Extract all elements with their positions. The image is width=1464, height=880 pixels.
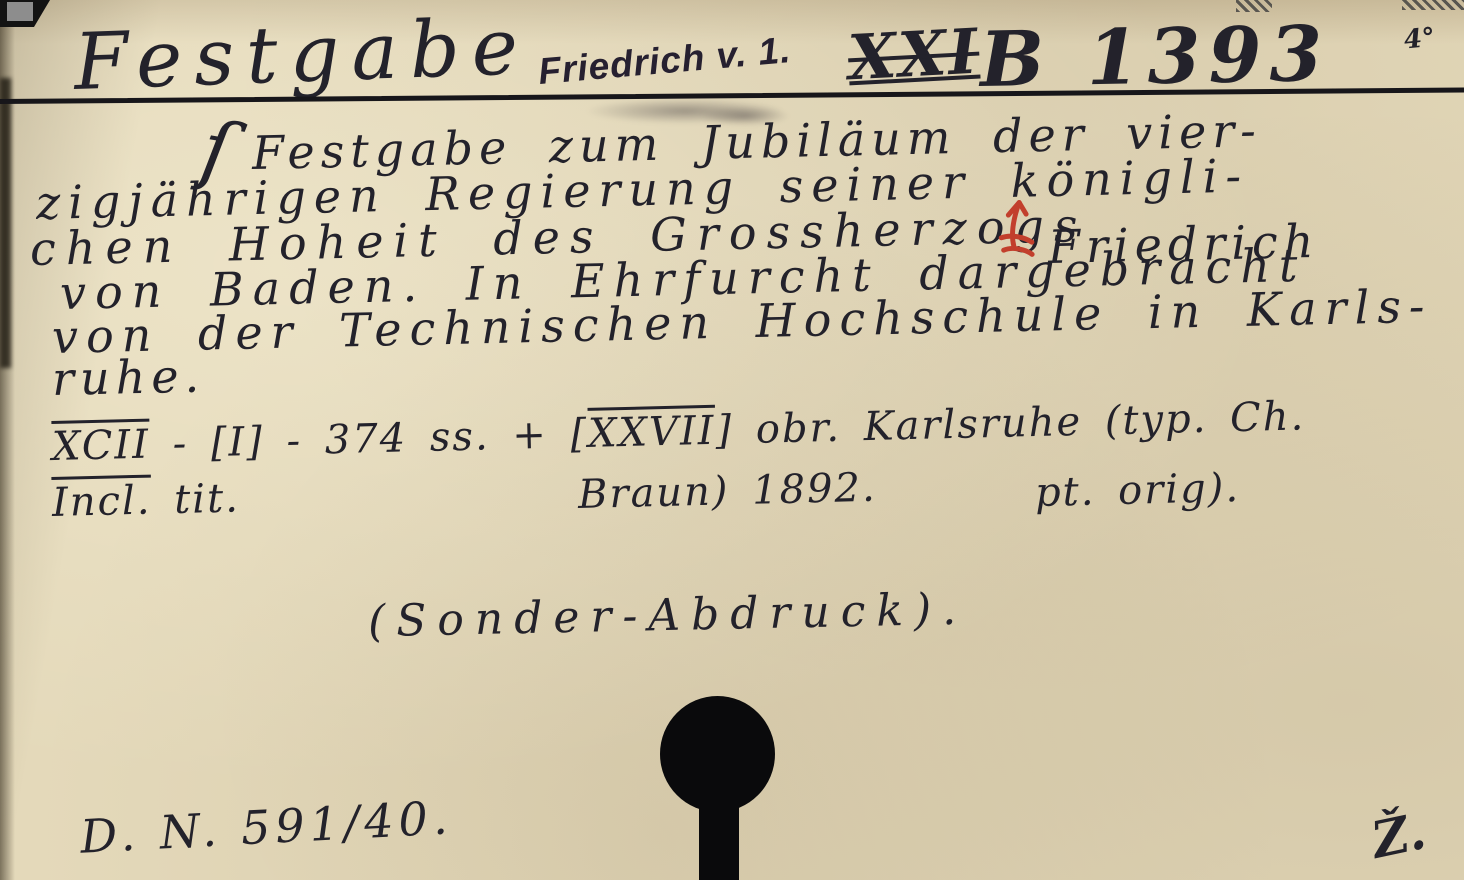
scan-artifact-hatch-right xyxy=(1402,0,1464,10)
scan-artifact-corner-square xyxy=(7,2,33,21)
offprint-note: (Sonder-Abdruck). xyxy=(368,584,968,648)
cancelled-shelfmark: XXI xyxy=(846,15,981,95)
collation-line: XCII - [I] - 374 ss. + [XXVII] obr. Karl… xyxy=(51,393,1305,470)
collation-mid: - [I] - 374 ss. + [ xyxy=(149,411,588,468)
card-left-edge-shadow-dark xyxy=(0,78,11,368)
format-mark: 4° xyxy=(1403,22,1437,55)
catalog-card-scan: Festgabe Friedrich v. 1. XXI B 1393 4° ſ… xyxy=(0,0,1464,880)
librarian-initial: Ž. xyxy=(1366,801,1430,870)
accession-number: D. N. 591/40. xyxy=(79,790,454,863)
card-title: Festgabe xyxy=(73,2,532,108)
pages-roman: XCII xyxy=(51,422,150,470)
punch-hole-slot xyxy=(699,792,739,880)
collation-end: ] obr. Karlsruhe (typ. Ch. xyxy=(715,393,1306,453)
incl-word: Incl. xyxy=(51,478,152,526)
collation-incl-tit: Incl. tit. xyxy=(51,475,240,526)
imprint-line: Braun) 1892. xyxy=(577,465,877,518)
binding-note: pt. orig). xyxy=(1034,465,1240,516)
plates-roman: XXVII xyxy=(588,408,717,457)
body-line: ruhe. xyxy=(51,349,205,406)
tit-word: tit. xyxy=(151,475,240,523)
owner-annotation: Friedrich v. 1. xyxy=(537,29,793,93)
